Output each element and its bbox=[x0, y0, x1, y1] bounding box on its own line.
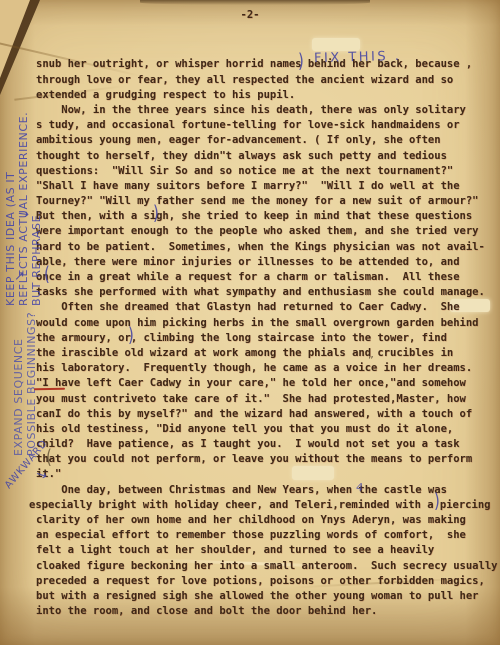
typescript-line: snub her outright, or whisper horrid nam… bbox=[36, 57, 497, 72]
typescript-line: preceded a request for love potions, poi… bbox=[36, 574, 497, 589]
typescript-line: but with a resigned sigh she allowed the… bbox=[36, 589, 497, 604]
typescript-line: tasks she performed with what sympathy a… bbox=[36, 285, 497, 300]
typescript-line: clarity of her own home and her childhoo… bbox=[36, 513, 497, 528]
typescript-line: that you could not perform, or leave you… bbox=[36, 452, 497, 467]
margin-note-line: EXPAND SEQUENCE bbox=[12, 284, 25, 456]
margin-arrow-ne-icon: ↗ bbox=[14, 269, 25, 284]
inserted-quote-caret: ” bbox=[368, 354, 374, 367]
typescript-line: able, there were minor injuries or illne… bbox=[36, 255, 497, 270]
typescript-line: felt a light touch at her shoulder, and … bbox=[36, 543, 497, 558]
inserted-paren-close-after-pupil: ) bbox=[298, 52, 304, 72]
typescript-line: the irascible old wizard at work among t… bbox=[36, 346, 497, 361]
margin-note-line: REFLECTS ACTUAL EXPERIENCE. bbox=[17, 6, 30, 306]
fix-this-note: FIX THIS . bbox=[314, 49, 402, 66]
typescript-line: the armoury, or, climbing the long stair… bbox=[36, 331, 497, 346]
typescript-line: would come upon him picking herbs in the… bbox=[36, 316, 497, 331]
typescript-line: were important enough to the people who … bbox=[36, 224, 497, 239]
typescript-line: extended a grudging respect to his pupil… bbox=[36, 88, 497, 103]
typescript-line: "Shall I have many suitors before I marr… bbox=[36, 179, 497, 194]
typescript-line: his old testiness, "Did anyone tell you … bbox=[36, 422, 497, 437]
margin-note-line: POSSIBLE BEGINNINGS? bbox=[25, 284, 38, 456]
typescript-line: once in a great while a request for a ch… bbox=[36, 270, 497, 285]
typescript-line: But then, with a sigh, she tried to keep… bbox=[36, 209, 497, 224]
inserted-paren-close-after-laboratory: ) bbox=[128, 326, 134, 346]
typescript-line: an especial effort to remember those puz… bbox=[36, 528, 497, 543]
typescript-line: you must contriveto take care of it." Sh… bbox=[36, 392, 497, 407]
margin-arrow-icon: → bbox=[17, 206, 30, 222]
typescript-line: ambitious young men, eager for-advanceme… bbox=[36, 133, 497, 148]
inserted-paren-open-before-often: ( bbox=[44, 265, 50, 285]
page-top-edge-shadow bbox=[140, 0, 370, 5]
manuscript-page: -2- snub her outright, or whisper horrid… bbox=[0, 0, 500, 645]
typescript-line: into the room, and close and bolt the do… bbox=[36, 604, 497, 619]
margin-note-keep-this-idea: KEEP THIS IDEA (AS ITREFLECTS ACTUAL EXP… bbox=[4, 6, 43, 306]
inserted-paren-open-before-one-day: ( bbox=[46, 448, 52, 468]
typescript-line: "I have left Caer Cadwy in your care," h… bbox=[36, 376, 497, 391]
typescript-line: Now, in the three years since his death,… bbox=[36, 103, 497, 118]
page-number: -2- bbox=[0, 8, 500, 22]
margin-note-line: BUT REPHRASE. bbox=[30, 6, 43, 306]
typescript-line: hard to be patient. Sometimes, when the … bbox=[36, 240, 497, 255]
typescript-body: snub her outright, or whisper horrid nam… bbox=[36, 27, 497, 645]
typescript-line: questions: "Will Sir So and so notice me… bbox=[36, 164, 497, 179]
typescript-line: canI do this by myself?" and the wizard … bbox=[36, 407, 497, 422]
typescript-line: Often she dreamed that Glastyn had retur… bbox=[36, 300, 497, 315]
inserted-paren-close-after-patient: ) bbox=[153, 204, 159, 224]
typescript-line: it." bbox=[36, 467, 497, 482]
typescript-line: One day, between Christmas and New Years… bbox=[36, 483, 497, 498]
typescript-line: through love or fear, they all respected… bbox=[36, 73, 497, 88]
typescript-line: cloaked figure beckoning her into a smal… bbox=[36, 559, 497, 574]
margin-note-expand-sequence: EXPAND SEQUENCEPOSSIBLE BEGINNINGS? bbox=[12, 284, 38, 456]
margin-note-line: KEEP THIS IDEA (AS IT bbox=[4, 6, 17, 306]
typescript-line: especially bright with holiday cheer, an… bbox=[29, 498, 497, 513]
typescript-line: s tudy, and occasional fortune-telling f… bbox=[36, 118, 497, 133]
typescript-line: his laboratory. Frequently though, he ca… bbox=[36, 361, 497, 376]
typescript-line: Tourney?" "Will my father send me the mo… bbox=[36, 194, 497, 209]
inserted-paren-close-after-comfort: ) bbox=[434, 492, 440, 512]
typescript-line: thought to herself, they didn"t always a… bbox=[36, 149, 497, 164]
typescript-line: child? Have patience, as I taught you. I… bbox=[36, 437, 497, 452]
